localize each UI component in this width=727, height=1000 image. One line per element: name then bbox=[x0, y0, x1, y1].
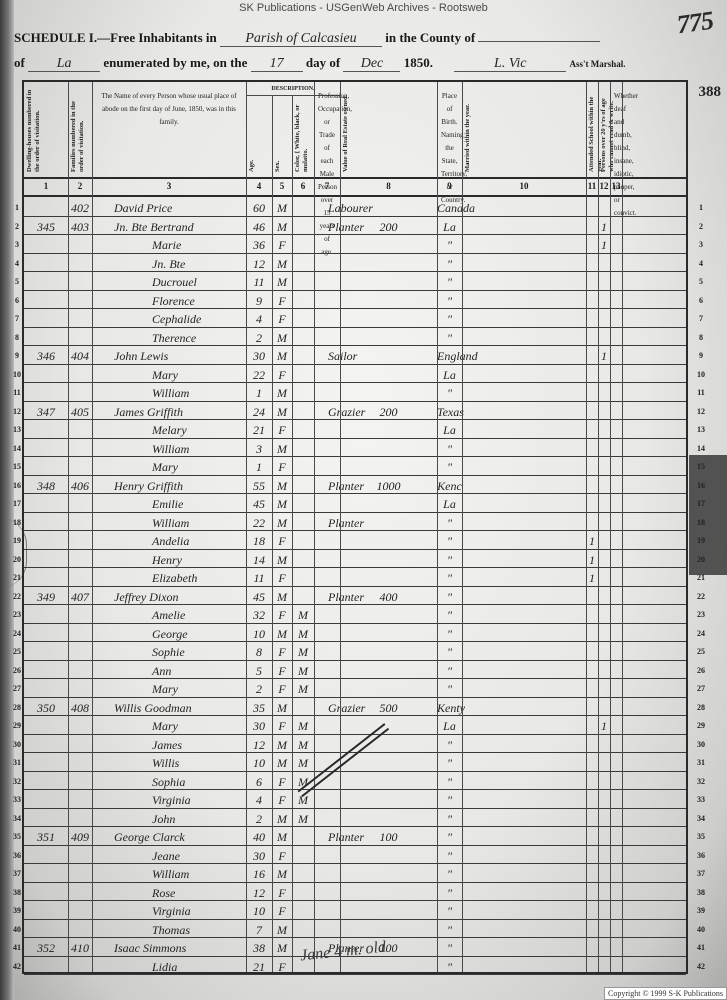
cell-age: 10 bbox=[246, 900, 272, 918]
cell-birthplace: England bbox=[437, 345, 462, 363]
census-table: DESCRIPTION. Dwelling-houses numbered in… bbox=[22, 80, 688, 974]
state-label-prefix: of bbox=[14, 55, 25, 70]
cell-name: Marie bbox=[152, 234, 246, 252]
cell-sex: M bbox=[272, 475, 292, 493]
column-header-12: Persons over 20 y'rs of age who cannot r… bbox=[600, 86, 608, 172]
cell-birthplace: " bbox=[437, 308, 462, 326]
cell-color: M bbox=[292, 715, 314, 733]
cell-sex: M bbox=[272, 197, 292, 215]
cell-name: William bbox=[152, 382, 246, 400]
cell-birthplace: Texas bbox=[437, 401, 462, 419]
cell-name: Virginia bbox=[152, 789, 246, 807]
cell-dwelling: 352 bbox=[24, 937, 68, 955]
cell-sex: F bbox=[272, 308, 292, 326]
cell-real-estate: 100 bbox=[340, 826, 437, 844]
cell-age: 4 bbox=[246, 308, 272, 326]
day-field: 17 bbox=[251, 56, 303, 72]
cell-birthplace: " bbox=[437, 623, 462, 641]
cell-sex: F bbox=[272, 456, 292, 474]
column-header-5: Sex. bbox=[274, 98, 290, 172]
year-label: 1850. bbox=[404, 55, 433, 70]
cell-name: Emilie bbox=[152, 493, 246, 511]
cell-name: Rose bbox=[152, 882, 246, 900]
column-header-6: Color, { White, black, or mulatto. bbox=[294, 98, 312, 172]
cell-name: Andelia bbox=[152, 530, 246, 548]
cell-age: 5 bbox=[246, 660, 272, 678]
copyright-notice: Copyright © 1999 S-K Publications bbox=[604, 987, 727, 1000]
cell-sex: F bbox=[272, 290, 292, 308]
column-number-9: 9 bbox=[437, 181, 462, 191]
cell-birthplace: " bbox=[437, 734, 462, 752]
cell-age: 35 bbox=[246, 697, 272, 715]
cell-birthplace: " bbox=[437, 678, 462, 696]
cell-sex: M bbox=[272, 271, 292, 289]
cell-birthplace: " bbox=[437, 271, 462, 289]
cell-name: Mary bbox=[152, 715, 246, 733]
cell-age: 8 bbox=[246, 641, 272, 659]
cell-age: 10 bbox=[246, 752, 272, 770]
cell-occupation: Planter bbox=[328, 826, 340, 844]
cell-birthplace: " bbox=[437, 438, 462, 456]
cell-name: Isaac Simmons bbox=[114, 937, 246, 955]
cell-dwelling: 350 bbox=[24, 697, 68, 715]
cell-birthplace: La bbox=[437, 493, 462, 511]
marshal-signature: L. Vic bbox=[454, 56, 566, 72]
cell-color: M bbox=[292, 734, 314, 752]
cell-age: 45 bbox=[246, 586, 272, 604]
watermark: SK Publications - USGenWeb Archives - Ro… bbox=[0, 2, 727, 14]
cell-birthplace: " bbox=[437, 586, 462, 604]
cell-birthplace: " bbox=[437, 956, 462, 974]
column-header-4: Age. bbox=[248, 98, 270, 172]
cell-sex: M bbox=[272, 253, 292, 271]
cell-sex: M bbox=[272, 493, 292, 511]
cell-birthplace: " bbox=[437, 789, 462, 807]
cell-age: 18 bbox=[246, 530, 272, 548]
column-header-11: Attended School within the year. bbox=[588, 86, 596, 172]
cell-occupation: Planter bbox=[328, 512, 340, 530]
cell-sex: F bbox=[272, 419, 292, 437]
cell-sex: F bbox=[272, 956, 292, 974]
cell-age: 30 bbox=[246, 845, 272, 863]
cell-family: 402 bbox=[68, 197, 92, 215]
cell-dwelling: 351 bbox=[24, 826, 68, 844]
cell-birthplace: Canada bbox=[437, 197, 462, 215]
column-number-4: 4 bbox=[246, 181, 272, 191]
cell-birthplace: " bbox=[437, 327, 462, 345]
cell-birthplace: " bbox=[437, 845, 462, 863]
stamp-number: 775 bbox=[675, 6, 715, 41]
cell-name: George Clarck bbox=[114, 826, 246, 844]
column-header-8: Value of Real Estate owned. bbox=[342, 86, 435, 172]
cell-age: 36 bbox=[246, 234, 272, 252]
cell-name: Melary bbox=[152, 419, 246, 437]
cell-name: John Lewis bbox=[114, 345, 246, 363]
cell-sex: F bbox=[272, 715, 292, 733]
column-number-5: 5 bbox=[272, 181, 292, 191]
cell-age: 30 bbox=[246, 345, 272, 363]
cell-dwelling: 348 bbox=[24, 475, 68, 493]
cell-sex: M bbox=[272, 438, 292, 456]
cell-age: 45 bbox=[246, 493, 272, 511]
cell-sex: M bbox=[272, 752, 292, 770]
cell-real-estate: 400 bbox=[340, 586, 437, 604]
cell-family: 405 bbox=[68, 401, 92, 419]
cell-color: M bbox=[292, 623, 314, 641]
column-divider bbox=[246, 82, 247, 972]
cell-birthplace: " bbox=[437, 882, 462, 900]
cell-sex: M bbox=[272, 327, 292, 345]
cell-family: 407 bbox=[68, 586, 92, 604]
column-header-10: Married within the year. bbox=[464, 86, 584, 172]
cell-dwelling: 349 bbox=[24, 586, 68, 604]
cell-sex: M bbox=[272, 549, 292, 567]
cell-name: Mary bbox=[152, 364, 246, 382]
schedule-label: SCHEDULE I.—Free Inhabitants in bbox=[14, 30, 217, 45]
cell-occupation: Labourer bbox=[328, 197, 340, 215]
cell-age: 7 bbox=[246, 919, 272, 937]
cell-age: 2 bbox=[246, 327, 272, 345]
cell-name: Lidia bbox=[152, 956, 246, 974]
cell-sex: F bbox=[272, 789, 292, 807]
cell-age: 21 bbox=[246, 419, 272, 437]
day-label: day of bbox=[306, 55, 340, 70]
cell-color: M bbox=[292, 660, 314, 678]
cell-color: M bbox=[292, 641, 314, 659]
cell-name: Therence bbox=[152, 327, 246, 345]
cell-age: 22 bbox=[246, 512, 272, 530]
cell-age: 30 bbox=[246, 715, 272, 733]
cell-sex: F bbox=[272, 678, 292, 696]
cell-sex: F bbox=[272, 641, 292, 659]
cell-family: 410 bbox=[68, 937, 92, 955]
cell-name: Willis bbox=[152, 752, 246, 770]
cell-color: M bbox=[292, 604, 314, 622]
cell-sex: M bbox=[272, 216, 292, 234]
cell-sex: F bbox=[272, 364, 292, 382]
cell-sex: F bbox=[272, 567, 292, 585]
cell-birthplace: La bbox=[437, 419, 462, 437]
cell-age: 12 bbox=[246, 253, 272, 271]
county-label: in the County of bbox=[385, 30, 475, 45]
cell-name: Amelie bbox=[152, 604, 246, 622]
cell-age: 32 bbox=[246, 604, 272, 622]
cell-sex: F bbox=[272, 660, 292, 678]
enumerated-label: enumerated by me, on the bbox=[103, 55, 247, 70]
cell-color: M bbox=[292, 752, 314, 770]
cell-birthplace: " bbox=[437, 290, 462, 308]
cell-birthplace: " bbox=[437, 919, 462, 937]
cell-age: 21 bbox=[246, 956, 272, 974]
cell-birthplace: " bbox=[437, 604, 462, 622]
cell-age: 16 bbox=[246, 863, 272, 881]
cell-color: M bbox=[292, 678, 314, 696]
cell-age: 3 bbox=[246, 438, 272, 456]
cell-name: Willis Goodman bbox=[114, 697, 246, 715]
cell-name: Jeffrey Dixon bbox=[114, 586, 246, 604]
column-divider bbox=[314, 82, 315, 972]
state-field: La bbox=[28, 56, 100, 72]
cell-occupation: Grazier bbox=[328, 697, 340, 715]
cell-birthplace: " bbox=[437, 863, 462, 881]
cell-dwelling: 345 bbox=[24, 216, 68, 234]
cell-real-estate: 1000 bbox=[340, 475, 437, 493]
cell-name: Sophie bbox=[152, 641, 246, 659]
column-number-10: 10 bbox=[462, 181, 586, 191]
cell-c12: 1 bbox=[598, 216, 610, 234]
cell-age: 38 bbox=[246, 937, 272, 955]
cell-occupation: Planter bbox=[328, 586, 340, 604]
cell-c11: 1 bbox=[586, 530, 598, 548]
cell-birthplace: " bbox=[437, 641, 462, 659]
cell-birthplace: Kenty bbox=[437, 697, 462, 715]
cell-name: Jn. Bte bbox=[152, 253, 246, 271]
enumeration-line: of La enumerated by me, on the 17 day of… bbox=[14, 55, 625, 72]
column-number-6: 6 bbox=[292, 181, 314, 191]
cell-age: 46 bbox=[246, 216, 272, 234]
cell-c12: 1 bbox=[598, 234, 610, 252]
column-number-7: 7 bbox=[314, 181, 340, 191]
cell-age: 2 bbox=[246, 678, 272, 696]
cell-birthplace: " bbox=[437, 512, 462, 530]
cell-age: 4 bbox=[246, 789, 272, 807]
cell-birthplace: " bbox=[437, 456, 462, 474]
column-divider bbox=[68, 82, 69, 972]
column-divider bbox=[292, 95, 293, 972]
cell-sex: F bbox=[272, 882, 292, 900]
cell-c12: 1 bbox=[598, 345, 610, 363]
cell-sex: M bbox=[272, 382, 292, 400]
cell-age: 6 bbox=[246, 771, 272, 789]
cell-family: 403 bbox=[68, 216, 92, 234]
cell-sex: M bbox=[272, 919, 292, 937]
cell-name: Mary bbox=[152, 456, 246, 474]
cell-sex: F bbox=[272, 530, 292, 548]
cell-age: 1 bbox=[246, 382, 272, 400]
cell-age: 9 bbox=[246, 290, 272, 308]
column-divider bbox=[437, 82, 438, 972]
cell-name: Florence bbox=[152, 290, 246, 308]
cell-family: 404 bbox=[68, 345, 92, 363]
cell-birthplace: " bbox=[437, 826, 462, 844]
cell-birthplace: " bbox=[437, 660, 462, 678]
column-header-1: Dwelling-houses numbered in the order of… bbox=[26, 86, 66, 172]
cell-age: 12 bbox=[246, 734, 272, 752]
cell-birthplace: " bbox=[437, 900, 462, 918]
cell-name: John bbox=[152, 808, 246, 826]
cell-sex: M bbox=[272, 734, 292, 752]
cell-sex: M bbox=[272, 808, 292, 826]
cell-name: Jn. Bte Bertrand bbox=[114, 216, 246, 234]
cell-age: 11 bbox=[246, 567, 272, 585]
cell-sex: M bbox=[272, 937, 292, 955]
cell-sex: M bbox=[272, 623, 292, 641]
cell-birthplace: " bbox=[437, 937, 462, 955]
cell-birthplace: " bbox=[437, 234, 462, 252]
cell-name: Virginia bbox=[152, 900, 246, 918]
cell-dwelling: 346 bbox=[24, 345, 68, 363]
cell-name: James bbox=[152, 734, 246, 752]
marshal-label: Ass't Marshal. bbox=[569, 59, 625, 69]
cell-name: Ducrouel bbox=[152, 271, 246, 289]
cell-age: 55 bbox=[246, 475, 272, 493]
cell-birthplace: " bbox=[437, 253, 462, 271]
column-divider bbox=[272, 95, 273, 972]
cell-name: William bbox=[152, 512, 246, 530]
cell-sex: F bbox=[272, 771, 292, 789]
column-divider bbox=[610, 82, 611, 972]
cell-age: 1 bbox=[246, 456, 272, 474]
cell-occupation: Sailor bbox=[328, 345, 340, 363]
month-field: Dec bbox=[343, 56, 400, 72]
cell-age: 11 bbox=[246, 271, 272, 289]
page-number: 388 bbox=[699, 84, 722, 101]
cell-name: David Price bbox=[114, 197, 246, 215]
cell-birthplace: La bbox=[437, 364, 462, 382]
cell-birthplace: La bbox=[437, 715, 462, 733]
cell-family: 408 bbox=[68, 697, 92, 715]
cell-age: 24 bbox=[246, 401, 272, 419]
cell-age: 40 bbox=[246, 826, 272, 844]
cell-family: 409 bbox=[68, 826, 92, 844]
cell-real-estate: 200 bbox=[340, 401, 437, 419]
schedule-title-line: SCHEDULE I.—Free Inhabitants in Parish o… bbox=[14, 30, 600, 47]
cell-sex: F bbox=[272, 604, 292, 622]
column-divider bbox=[598, 82, 599, 972]
cell-name: Cephalide bbox=[152, 308, 246, 326]
column-header-2: Families numbered in the order of visita… bbox=[70, 86, 90, 172]
cell-name: William bbox=[152, 438, 246, 456]
cell-color: M bbox=[292, 808, 314, 826]
cell-sex: F bbox=[272, 845, 292, 863]
cell-name: Elizabeth bbox=[152, 567, 246, 585]
column-number-13: 13 bbox=[610, 181, 622, 191]
cell-c11: 1 bbox=[586, 549, 598, 567]
cell-occupation: Planter bbox=[328, 475, 340, 493]
cell-birthplace: " bbox=[437, 567, 462, 585]
cell-sex: F bbox=[272, 900, 292, 918]
line-number: 42 bbox=[10, 956, 24, 978]
column-number-11: 11 bbox=[586, 181, 598, 191]
column-number-8: 8 bbox=[340, 181, 437, 191]
column-number-12: 12 bbox=[598, 181, 610, 191]
cell-real-estate: 500 bbox=[340, 697, 437, 715]
cell-birthplace: " bbox=[437, 530, 462, 548]
column-divider bbox=[586, 82, 587, 972]
cell-sex: M bbox=[272, 586, 292, 604]
cell-birthplace: " bbox=[437, 771, 462, 789]
cell-age: 2 bbox=[246, 808, 272, 826]
cell-age: 14 bbox=[246, 549, 272, 567]
cell-name: Henry Griffith bbox=[114, 475, 246, 493]
cell-c12: 1 bbox=[598, 715, 610, 733]
cell-birthplace: " bbox=[437, 382, 462, 400]
column-header-3: The Name of every Person whose usual pla… bbox=[96, 90, 242, 129]
cell-age: 22 bbox=[246, 364, 272, 382]
cell-name: Thomas bbox=[152, 919, 246, 937]
cell-dwelling: 347 bbox=[24, 401, 68, 419]
cell-birthplace: La bbox=[437, 216, 462, 234]
cell-sex: M bbox=[272, 826, 292, 844]
cell-sex: M bbox=[272, 863, 292, 881]
cell-birthplace: Kenc bbox=[437, 475, 462, 493]
column-number-1: 1 bbox=[24, 181, 68, 191]
county-field bbox=[478, 41, 600, 42]
cell-age: 12 bbox=[246, 882, 272, 900]
cell-sex: M bbox=[272, 697, 292, 715]
cell-name: William bbox=[152, 863, 246, 881]
cell-name: Henry bbox=[152, 549, 246, 567]
cell-name: Sophia bbox=[152, 771, 246, 789]
column-divider bbox=[92, 82, 93, 972]
cell-sex: M bbox=[272, 345, 292, 363]
cell-name: Mary bbox=[152, 678, 246, 696]
cell-name: James Griffith bbox=[114, 401, 246, 419]
cell-sex: M bbox=[272, 512, 292, 530]
cell-real-estate: 200 bbox=[340, 216, 437, 234]
cell-name: Ann bbox=[152, 660, 246, 678]
cell-name: George bbox=[152, 623, 246, 641]
cell-c11: 1 bbox=[586, 567, 598, 585]
cell-occupation: Grazier bbox=[328, 401, 340, 419]
cell-birthplace: " bbox=[437, 808, 462, 826]
column-divider bbox=[462, 82, 463, 972]
cell-occupation: Planter bbox=[328, 216, 340, 234]
cell-birthplace: " bbox=[437, 752, 462, 770]
column-number-2: 2 bbox=[68, 181, 92, 191]
cell-age: 10 bbox=[246, 623, 272, 641]
cell-sex: F bbox=[272, 234, 292, 252]
cell-name: Jeane bbox=[152, 845, 246, 863]
cell-age: 60 bbox=[246, 197, 272, 215]
cell-sex: M bbox=[272, 401, 292, 419]
cell-family: 406 bbox=[68, 475, 92, 493]
column-divider bbox=[340, 82, 341, 972]
column-number-3: 3 bbox=[92, 181, 246, 191]
line-number-right: 42 bbox=[694, 956, 708, 978]
place-field: Parish of Calcasieu bbox=[220, 31, 382, 47]
cell-birthplace: " bbox=[437, 549, 462, 567]
column-divider bbox=[622, 82, 623, 972]
